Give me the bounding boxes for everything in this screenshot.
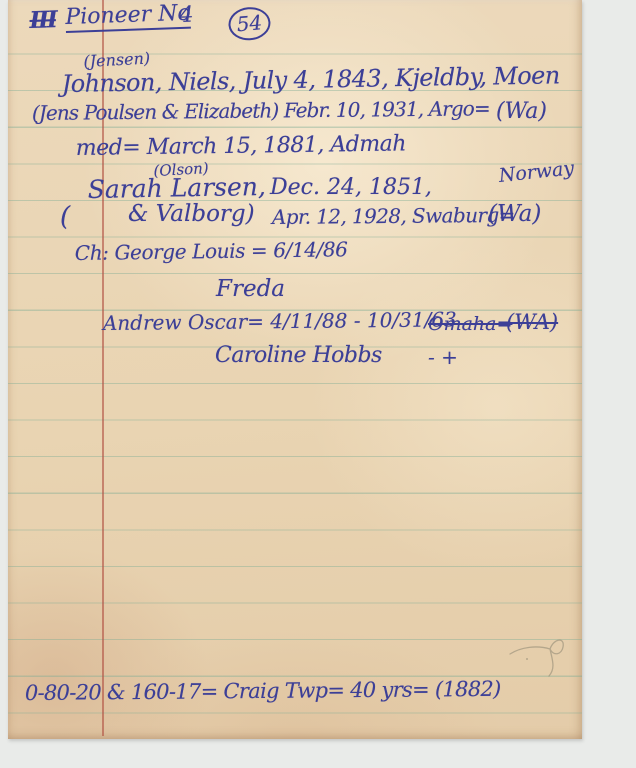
paper-sheet: III Pioneer No 4 54 (Jensen) Johnson, Ni… xyxy=(8,0,582,739)
andrew-place-struck: Omaha= xyxy=(428,313,512,335)
children-line-freda: Freda xyxy=(216,276,285,302)
andrew-spouse-name: Caroline Hobbs xyxy=(215,343,382,368)
mother-paren: ( xyxy=(60,202,70,232)
marriage-line: med= March 15, 1881, Admah xyxy=(76,131,406,161)
ruled-lines xyxy=(8,18,582,737)
children-line-andrew: Andrew Oscar= 4/11/88 - 10/31/63 xyxy=(103,307,457,335)
children-line-george: Ch: George Louis = 6/14/86 xyxy=(75,237,348,265)
father-parents-death-line: (Jens Poulsen & Elizabeth) Febr. 10, 193… xyxy=(32,96,490,125)
mother-sibling-note: & Valborg) xyxy=(128,201,255,227)
andrew-margin-mark: - + xyxy=(428,345,458,369)
mother-state-note: (Wa) xyxy=(488,201,541,227)
father-state-note: (Wa) xyxy=(496,99,547,124)
land-description-note: 0-80-20 & 160-17= Craig Twp= 40 yrs= (18… xyxy=(25,677,501,705)
mother-death-line: Apr. 12, 1928, Swaburg= xyxy=(272,203,515,229)
andrew-state-struck: (WA) xyxy=(506,310,558,334)
scanned-notebook-page: III Pioneer No 4 54 (Jensen) Johnson, Ni… xyxy=(0,0,636,768)
header-number: 4 xyxy=(179,3,194,28)
pencil-doodle xyxy=(505,630,577,682)
mother-birth-date: Dec. 24, 1851, xyxy=(270,175,432,200)
header-title: Pioneer No xyxy=(65,1,191,33)
header-tally-numeral: III xyxy=(29,6,56,34)
mother-name: Sarah Larsen, xyxy=(87,172,266,204)
